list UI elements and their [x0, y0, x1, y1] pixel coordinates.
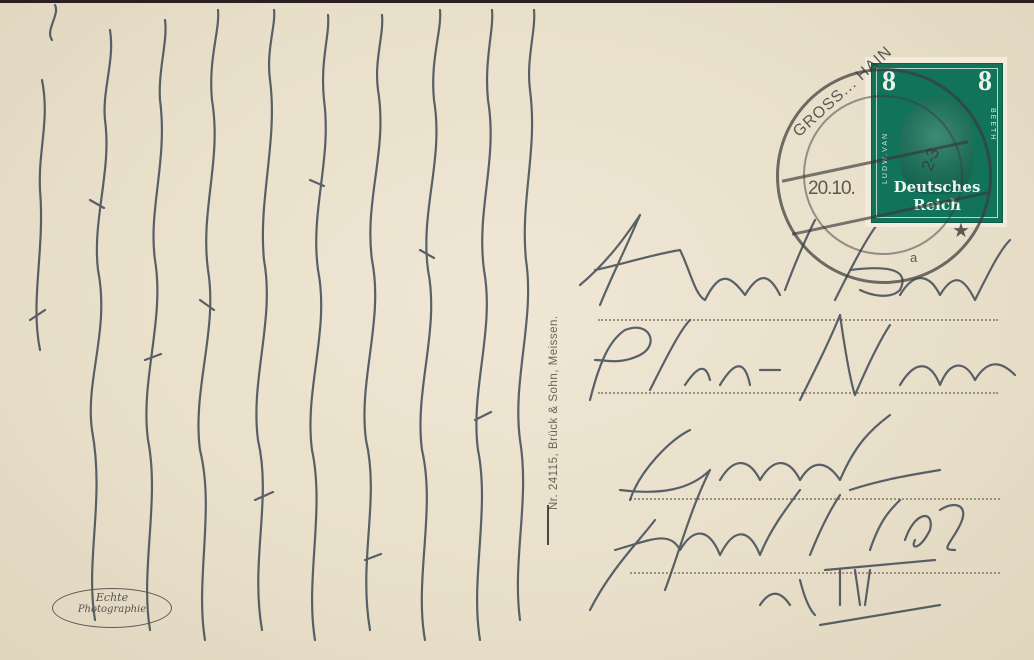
- publisher-imprint: Nr. 24115, Brück & Sohn, Meissen.: [548, 315, 560, 510]
- postmark-date: 20.10.: [808, 178, 855, 200]
- echte-photographie-seal: Echte Photographie: [52, 588, 172, 628]
- seal-line-2: Photographie: [53, 604, 171, 615]
- stamp-denomination-right: 8: [978, 66, 992, 98]
- postmark-code: a: [910, 250, 916, 265]
- postmark-inner-ring: [803, 95, 963, 255]
- seal-line-1: Echte: [53, 591, 171, 604]
- handwritten-address: [570, 210, 1030, 630]
- stamp-caption-right: BEETH: [989, 108, 996, 141]
- handwritten-message: [0, 0, 540, 660]
- postcard-back: Nr. 24115, Brück & Sohn, Meissen. Echte …: [0, 0, 1034, 660]
- postmark-star-icon: ★: [952, 218, 969, 243]
- center-divider: [547, 505, 549, 545]
